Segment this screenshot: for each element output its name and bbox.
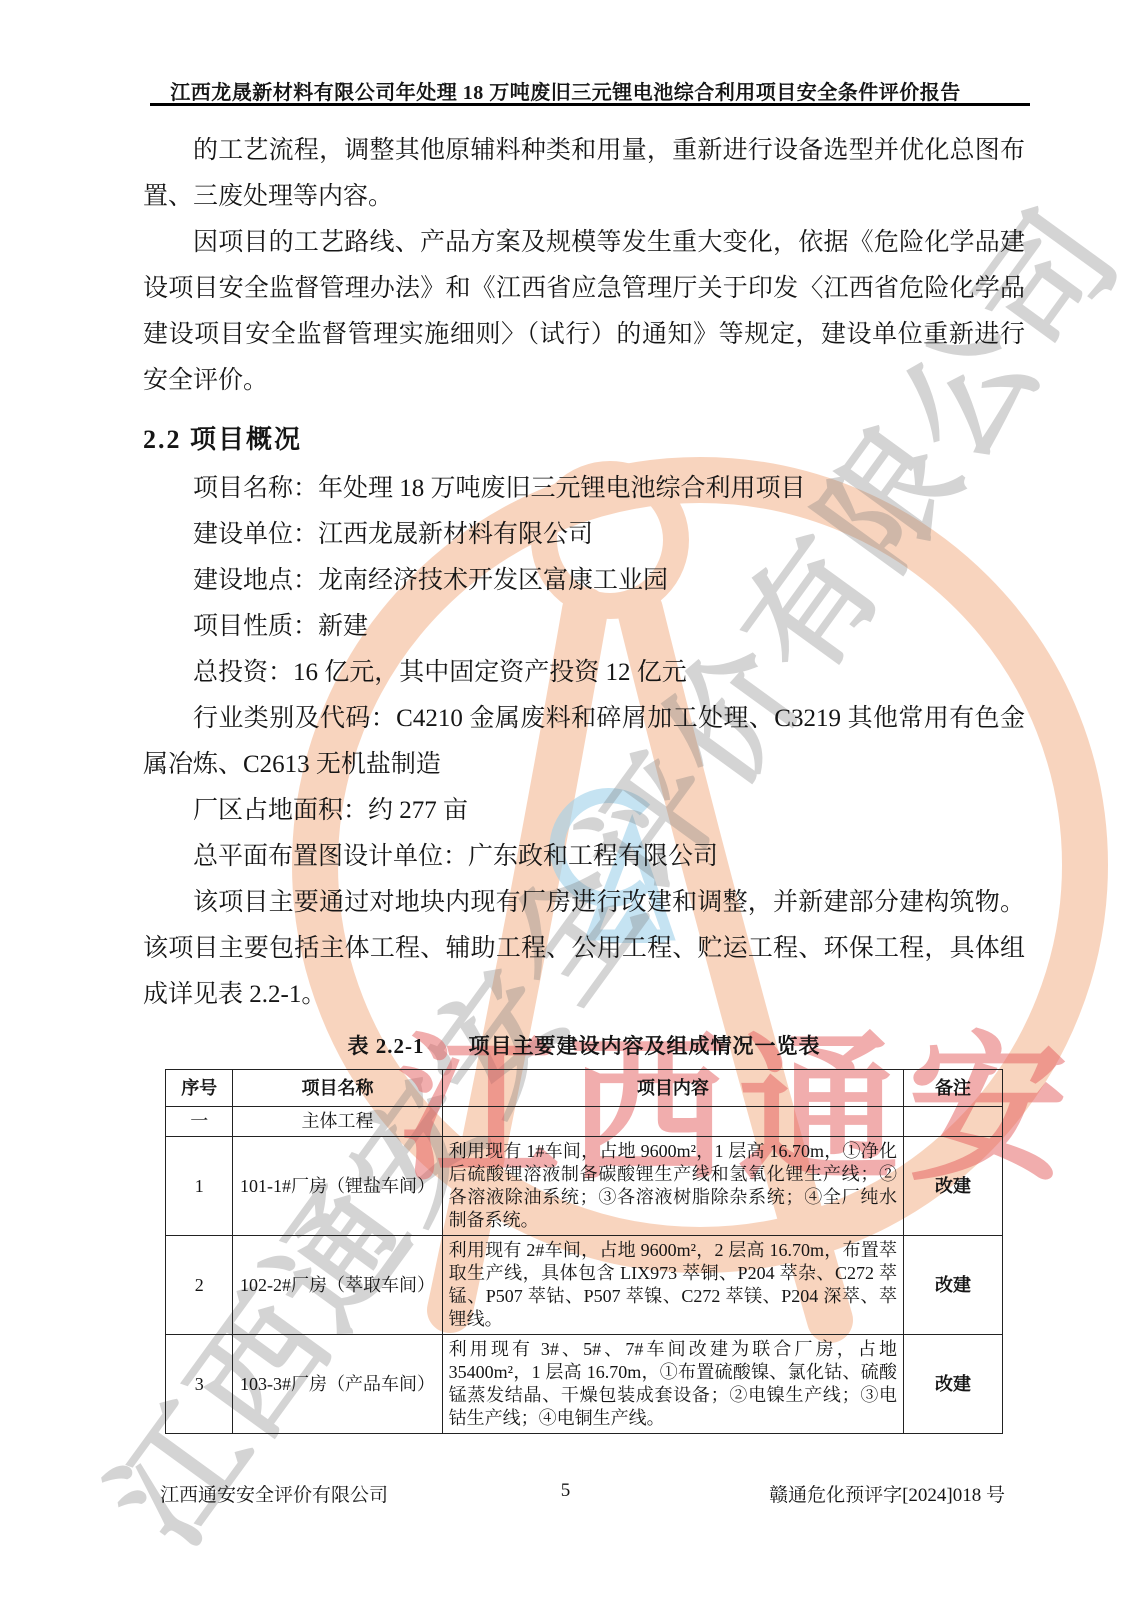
page-header-title: 江西龙晟新材料有限公司年处理 18 万吨废旧三元锂电池综合利用项目安全条件评价报…	[0, 76, 1131, 105]
table-body: 一 主体工程 1 101-1#厂房（锂盐车间） 利用现有 1#车间，占地 960…	[166, 1107, 1003, 1434]
project-info-line: 行业类别及代码：C4210 金属废料和碎屑加工处理、C3219 其他常用有色金属…	[143, 696, 1025, 788]
table-row: 2 102-2#厂房（萃取车间） 利用现有 2#车间，占地 9600m²，2 层…	[166, 1236, 1003, 1335]
cell-note: 改建	[904, 1137, 1003, 1236]
cell-name: 102-2#厂房（萃取车间）	[233, 1236, 442, 1335]
header-divider	[150, 103, 1030, 106]
table-header-row: 序号 项目名称 项目内容 备注	[166, 1070, 1003, 1107]
cell-content: 利用现有 2#车间，占地 9600m²，2 层高 16.70m，布置萃取生产线，…	[442, 1236, 903, 1335]
column-header-note: 备注	[904, 1070, 1003, 1107]
closing-paragraph: 该项目主要通过对地块内现有厂房进行改建和调整，并新建部分建构筑物。该项目主要包括…	[143, 880, 1025, 1018]
project-info-line: 建设地点：龙南经济技术开发区富康工业园	[143, 558, 1025, 604]
cell-name: 主体工程	[233, 1107, 442, 1137]
section-heading: 2.2 项目概况	[143, 419, 1025, 456]
cell-content: 利用现有 1#车间，占地 9600m²，1 层高 16.70m，①净化后硫酸锂溶…	[442, 1137, 903, 1236]
cell-note: 改建	[904, 1335, 1003, 1434]
table-caption: 表 2.2-1 项目主要建设内容及组成情况一览表	[165, 1030, 1003, 1060]
cell-note	[904, 1107, 1003, 1137]
table-row: 1 101-1#厂房（锂盐车间） 利用现有 1#车间，占地 9600m²，1 层…	[166, 1137, 1003, 1236]
cell-no: 一	[166, 1107, 233, 1137]
project-table-wrapper: 表 2.2-1 项目主要建设内容及组成情况一览表 序号 项目名称 项目内容 备注…	[165, 1030, 1003, 1434]
cell-no: 2	[166, 1236, 233, 1335]
footer-doc-number: 赣通危化预评字[2024]018 号	[769, 1480, 1005, 1507]
project-info-line: 项目性质：新建	[143, 604, 1025, 650]
opening-paragraphs: 的工艺流程，调整其他原辅料种类和用量，重新进行设备选型并优化总图布置、三废处理等…	[143, 128, 1025, 404]
cell-name: 101-1#厂房（锂盐车间）	[233, 1137, 442, 1236]
footer-company: 江西通安安全评价有限公司	[160, 1480, 388, 1507]
cell-note: 改建	[904, 1236, 1003, 1335]
project-info-line: 建设单位：江西龙晟新材料有限公司	[143, 512, 1025, 558]
cell-content	[442, 1107, 903, 1137]
project-composition-table: 序号 项目名称 项目内容 备注 一 主体工程	[165, 1069, 1003, 1434]
cell-no: 1	[166, 1137, 233, 1236]
document-body: 的工艺流程，调整其他原辅料种类和用量，重新进行设备选型并优化总图布置、三废处理等…	[143, 128, 1025, 1434]
cell-content: 利用现有 3#、5#、7#车间改建为联合厂房，占地 35400m²，1 层高 1…	[442, 1335, 903, 1434]
project-info-line: 项目名称：年处理 18 万吨废旧三元锂电池综合利用项目	[143, 466, 1025, 512]
document-page: 江西通安安全评价有限公司 江西通安 江西龙晟新材料有限公司年处理 18 万吨废旧…	[0, 0, 1131, 1600]
column-header-no: 序号	[166, 1070, 233, 1107]
cell-name: 103-3#厂房（产品车间）	[233, 1335, 442, 1434]
table-row: 3 103-3#厂房（产品车间） 利用现有 3#、5#、7#车间改建为联合厂房，…	[166, 1335, 1003, 1434]
table-row: 一 主体工程	[166, 1107, 1003, 1137]
project-info-line: 总平面布置图设计单位：广东政和工程有限公司	[143, 834, 1025, 880]
column-header-name: 项目名称	[233, 1070, 442, 1107]
project-info-line: 厂区占地面积：约 277 亩	[143, 788, 1025, 834]
paragraph: 因项目的工艺路线、产品方案及规模等发生重大变化，依据《危险化学品建设项目安全监督…	[143, 220, 1025, 404]
paragraph: 的工艺流程，调整其他原辅料种类和用量，重新进行设备选型并优化总图布置、三废处理等…	[143, 128, 1025, 220]
project-info-list: 项目名称：年处理 18 万吨废旧三元锂电池综合利用项目 建设单位：江西龙晟新材料…	[143, 466, 1025, 880]
cell-no: 3	[166, 1335, 233, 1434]
column-header-content: 项目内容	[442, 1070, 903, 1107]
project-info-line: 总投资：16 亿元，其中固定资产投资 12 亿元	[143, 650, 1025, 696]
